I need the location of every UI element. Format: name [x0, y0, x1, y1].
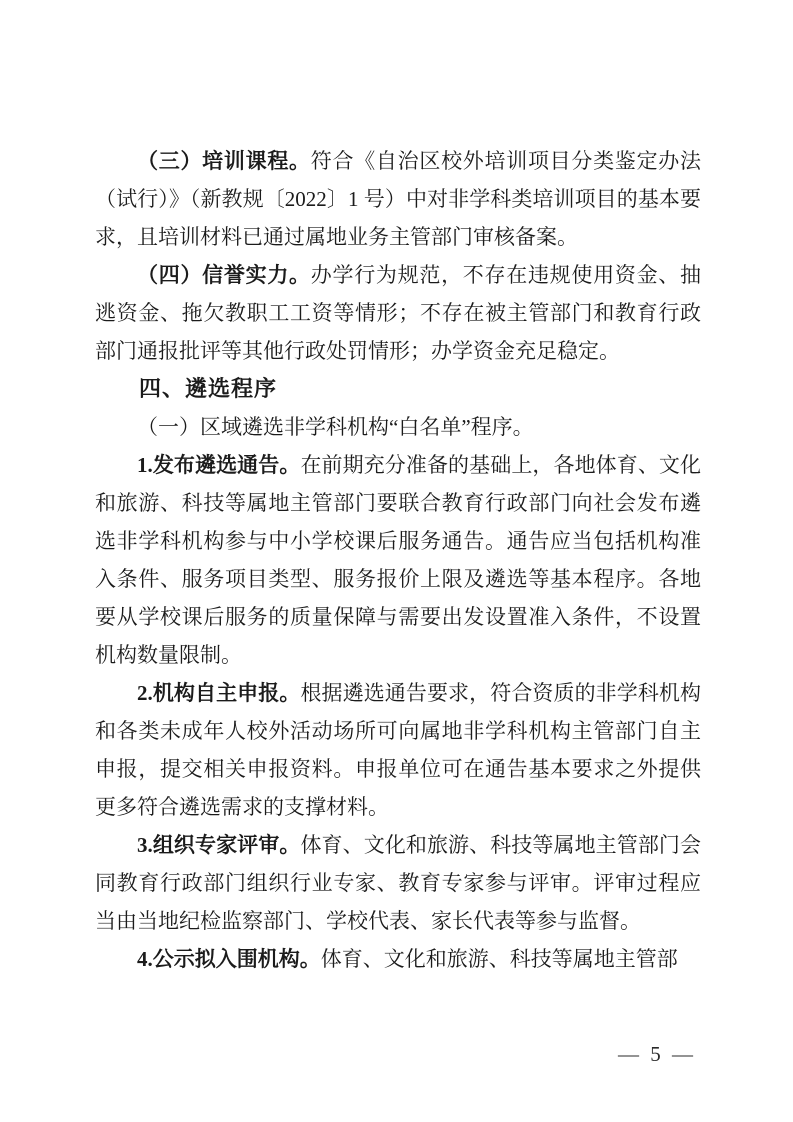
clause-lead: （四）信誉实力。	[137, 263, 311, 287]
step-body: 在前期充分准备的基础上，各地体育、文化和旅游、科技等属地主管部门要联合教育行政部…	[95, 453, 701, 667]
step-paragraph-1: 1.发布遴选通告。在前期充分准备的基础上，各地体育、文化和旅游、科技等属地主管部…	[95, 446, 701, 674]
step-lead: 2.机构自主申报。	[137, 681, 300, 705]
subsection-heading: （一）区域遴选非学科机构“白名单”程序。	[95, 408, 701, 446]
document-content: （三）培训课程。符合《自治区校外培训项目分类鉴定办法（试行）》（新教规〔2022…	[95, 142, 701, 978]
step-paragraph-2: 2.机构自主申报。根据遴选通告要求，符合资质的非学科机构和各类未成年人校外活动场…	[95, 674, 701, 826]
step-paragraph-3: 3.组织专家评审。体育、文化和旅游、科技等属地主管部门会同教育行政部门组织行业专…	[95, 826, 701, 940]
step-lead: 4.公示拟入围机构。	[137, 947, 321, 971]
step-body: 体育、文化和旅游、科技等属地主管部	[321, 947, 678, 971]
step-lead: 1.发布遴选通告。	[137, 453, 300, 477]
section-heading: 四、遴选程序	[95, 370, 701, 408]
clause-paragraph-3: （三）培训课程。符合《自治区校外培训项目分类鉴定办法（试行）》（新教规〔2022…	[95, 142, 701, 256]
clause-paragraph-4: （四）信誉实力。办学行为规范，不存在违规使用资金、抽逃资金、拖欠教职工工资等情形…	[95, 256, 701, 370]
page-number: — 5 —	[618, 1042, 693, 1066]
clause-lead: （三）培训课程。	[137, 149, 311, 173]
step-lead: 3.组织专家评审。	[137, 833, 300, 857]
document-page: （三）培训课程。符合《自治区校外培训项目分类鉴定办法（试行）》（新教规〔2022…	[0, 0, 793, 1122]
step-paragraph-4: 4.公示拟入围机构。体育、文化和旅游、科技等属地主管部	[95, 940, 701, 978]
page-number-text: — 5 —	[618, 1042, 693, 1066]
